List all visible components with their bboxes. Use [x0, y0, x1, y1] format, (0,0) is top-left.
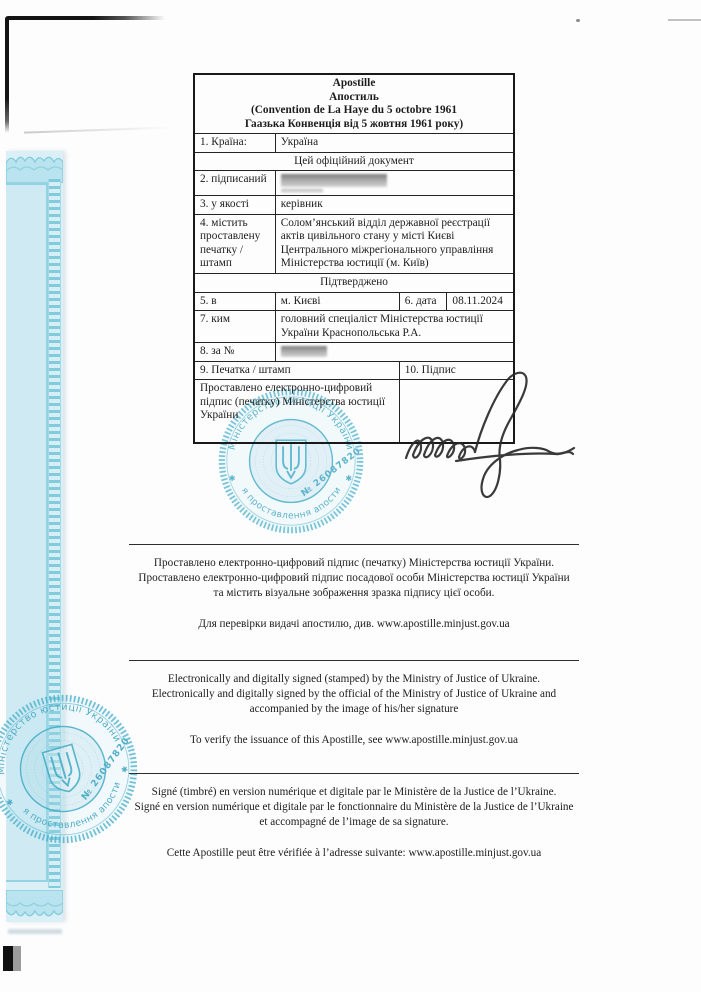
scanned-apostille-page: Apostille Апостиль (Convention de La Hay…: [0, 0, 701, 992]
title-line: Апостиль: [200, 91, 508, 105]
table-row-seal: 4. містить проставлену печатку / штамп С…: [194, 214, 514, 273]
scan-mark-bottom-left: [3, 946, 21, 971]
table-row-place-date: 5. в м. Києві 6. дата 08.11.2024: [194, 292, 514, 311]
date-value: 08.11.2024: [447, 292, 514, 311]
attestation-english: Electronically and digitally signed (sta…: [129, 660, 579, 773]
number-value-redacted: [275, 343, 514, 362]
stamp-star-right: ✱: [345, 474, 352, 483]
table-row-certified: Підтверджено: [194, 274, 514, 293]
seal-label: 4. містить проставлену печатку / штамп: [194, 214, 275, 273]
title-line: Гаазька Конвенція від 5 жовтня 1961 року…: [200, 118, 508, 132]
date-label: 6. дата: [399, 292, 447, 311]
attestation-line: Signé en version numérique et digitale p…: [129, 800, 579, 815]
attestation-line: Проставлено електронно-цифровий підпис п…: [129, 571, 579, 586]
at-label: 5. в: [194, 292, 275, 311]
certificate-imprint-smudge: [8, 929, 62, 934]
verify-line-uk: Для перевірки видачі апостилю, див. www.…: [129, 618, 579, 630]
attestation-ukrainian: Проставлено електронно-цифровий підпис (…: [129, 544, 579, 660]
by-value: головний спеціаліст Міністерства юстиції…: [275, 311, 514, 343]
trident-emblem-icon: [276, 440, 306, 483]
at-value: м. Києві: [275, 292, 399, 311]
stamp-star-left: ✱: [229, 474, 236, 483]
redaction-smudge: [281, 189, 323, 193]
attestation-line: Проставлено електронно-цифровий підпис (…: [129, 556, 579, 571]
redaction-block: [281, 346, 327, 357]
verify-line-fr: Cette Apostille peut être vérifiée à l’a…: [129, 847, 579, 859]
apostille-title: Apostille Апостиль (Convention de La Hay…: [194, 74, 514, 134]
certified-line: Підтверджено: [194, 274, 514, 293]
scan-speck: [576, 19, 580, 22]
scan-speck-line: [668, 19, 701, 21]
verify-line-en: To verify the issuance of this Apostille…: [129, 734, 579, 746]
number-label: 8. за №: [194, 343, 275, 362]
title-line: Apostille: [200, 77, 508, 91]
signature-scribble: [398, 366, 583, 516]
attestation-line: та містить візуальне зображення зразка п…: [129, 586, 579, 601]
capacity-label: 3. у якості: [194, 196, 275, 215]
table-row-by: 7. ким головний спеціаліст Міністерства …: [194, 311, 514, 343]
scan-edge-left: [5, 17, 9, 133]
attestation-sections: Проставлено електронно-цифровий підпис (…: [129, 544, 579, 883]
attestation-french: Signé (timbré) en version numérique et d…: [129, 773, 579, 883]
redaction-block: [281, 174, 387, 187]
country-label: 1. Країна:: [194, 134, 275, 153]
country-value: Україна: [275, 134, 514, 153]
scan-edge-top: [5, 16, 165, 20]
attestation-line: et accompagné de l’image de sa signature…: [129, 815, 579, 830]
table-row-capacity: 3. у якості керівник: [194, 196, 514, 215]
capacity-value: керівник: [275, 196, 514, 215]
seal-value: Солом’янський відділ державної реєстраці…: [275, 214, 514, 273]
signed-value-redacted: [275, 171, 514, 196]
signed-label: 2. підписаний: [194, 171, 275, 196]
attestation-line: Electronically and digitally signed by t…: [129, 687, 579, 702]
table-row-document: Цей офіційний документ: [194, 152, 514, 171]
table-row-number: 8. за №: [194, 343, 514, 362]
table-row-signed: 2. підписаний: [194, 171, 514, 196]
by-label: 7. ким: [194, 311, 275, 343]
attestation-line: accompanied by the image of his/her sign…: [129, 702, 579, 717]
stamp-note: Проставлено електронно-цифровий підпис (…: [194, 380, 399, 444]
table-row-country: 1. Країна: Україна: [194, 134, 514, 153]
title-line: (Convention de La Haye du 5 octobre 1961: [200, 104, 508, 118]
table-row-title: Apostille Апостиль (Convention de La Hay…: [194, 74, 514, 134]
attestation-line: Electronically and digitally signed (sta…: [129, 672, 579, 687]
stamp-label: 9. Печатка / штамп: [194, 361, 399, 380]
sheet-corner-line: [24, 126, 174, 133]
attestation-line: Signé (timbré) en version numérique et d…: [129, 785, 579, 800]
lace-border-bottom: [6, 890, 63, 922]
official-document-line: Цей офіційний документ: [194, 152, 514, 171]
